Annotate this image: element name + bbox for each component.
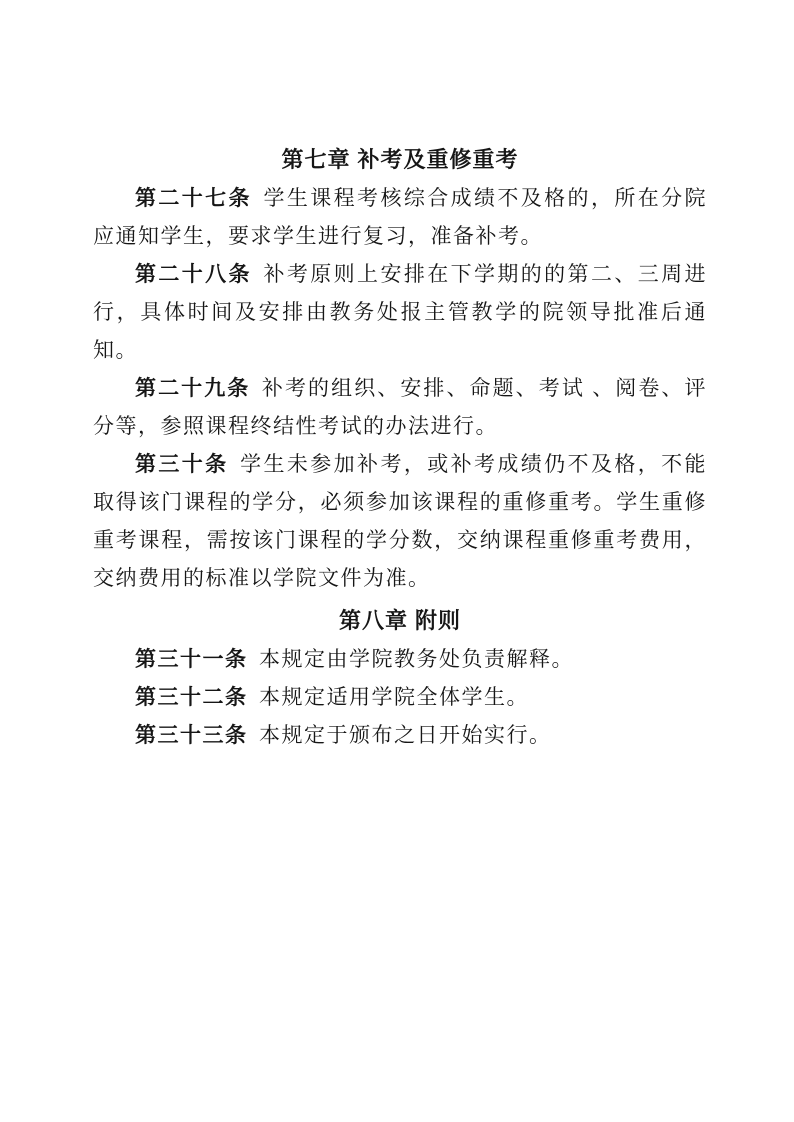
article-27: 第二十七条学生课程考核综合成绩不及格的，所在分院应通知学生，要求学生进行复习，准… [93, 179, 707, 255]
article-33-number: 第三十三条 [135, 723, 248, 747]
article-30: 第三十条学生未参加补考，或补考成绩仍不及格，不能取得该门课程的学分，必须参加该课… [93, 445, 707, 597]
article-32-number: 第三十二条 [135, 685, 248, 709]
article-32: 第三十二条本规定适用学院全体学生。 [93, 678, 707, 716]
article-31-number: 第三十一条 [135, 647, 248, 671]
document-content: 第七章 补考及重修重考 第二十七条学生课程考核综合成绩不及格的，所在分院应通知学… [93, 141, 707, 754]
article-29-number: 第二十九条 [135, 376, 250, 400]
article-27-number: 第二十七条 [135, 186, 252, 210]
chapter-8-heading: 第八章 附则 [93, 602, 707, 640]
chapter-7-heading: 第七章 补考及重修重考 [93, 141, 707, 179]
article-32-text: 本规定适用学院全体学生。 [259, 685, 529, 709]
article-30-number: 第三十条 [135, 452, 229, 476]
article-28-number: 第二十八条 [135, 262, 252, 286]
article-33: 第三十三条本规定于颁布之日开始实行。 [93, 716, 707, 754]
article-33-text: 本规定于颁布之日开始实行。 [259, 723, 552, 747]
article-31-text: 本规定由学院教务处负责解释。 [259, 647, 574, 671]
article-31: 第三十一条本规定由学院教务处负责解释。 [93, 640, 707, 678]
article-29: 第二十九条补考的组织、安排、命题、考试 、阅卷、评分等，参照课程终结性考试的办法… [93, 369, 707, 445]
article-28: 第二十八条补考原则上安排在下学期的的第二、三周进行，具体时间及安排由教务处报主管… [93, 255, 707, 369]
document-page: 第七章 补考及重修重考 第二十七条学生课程考核综合成绩不及格的，所在分院应通知学… [0, 0, 794, 1122]
